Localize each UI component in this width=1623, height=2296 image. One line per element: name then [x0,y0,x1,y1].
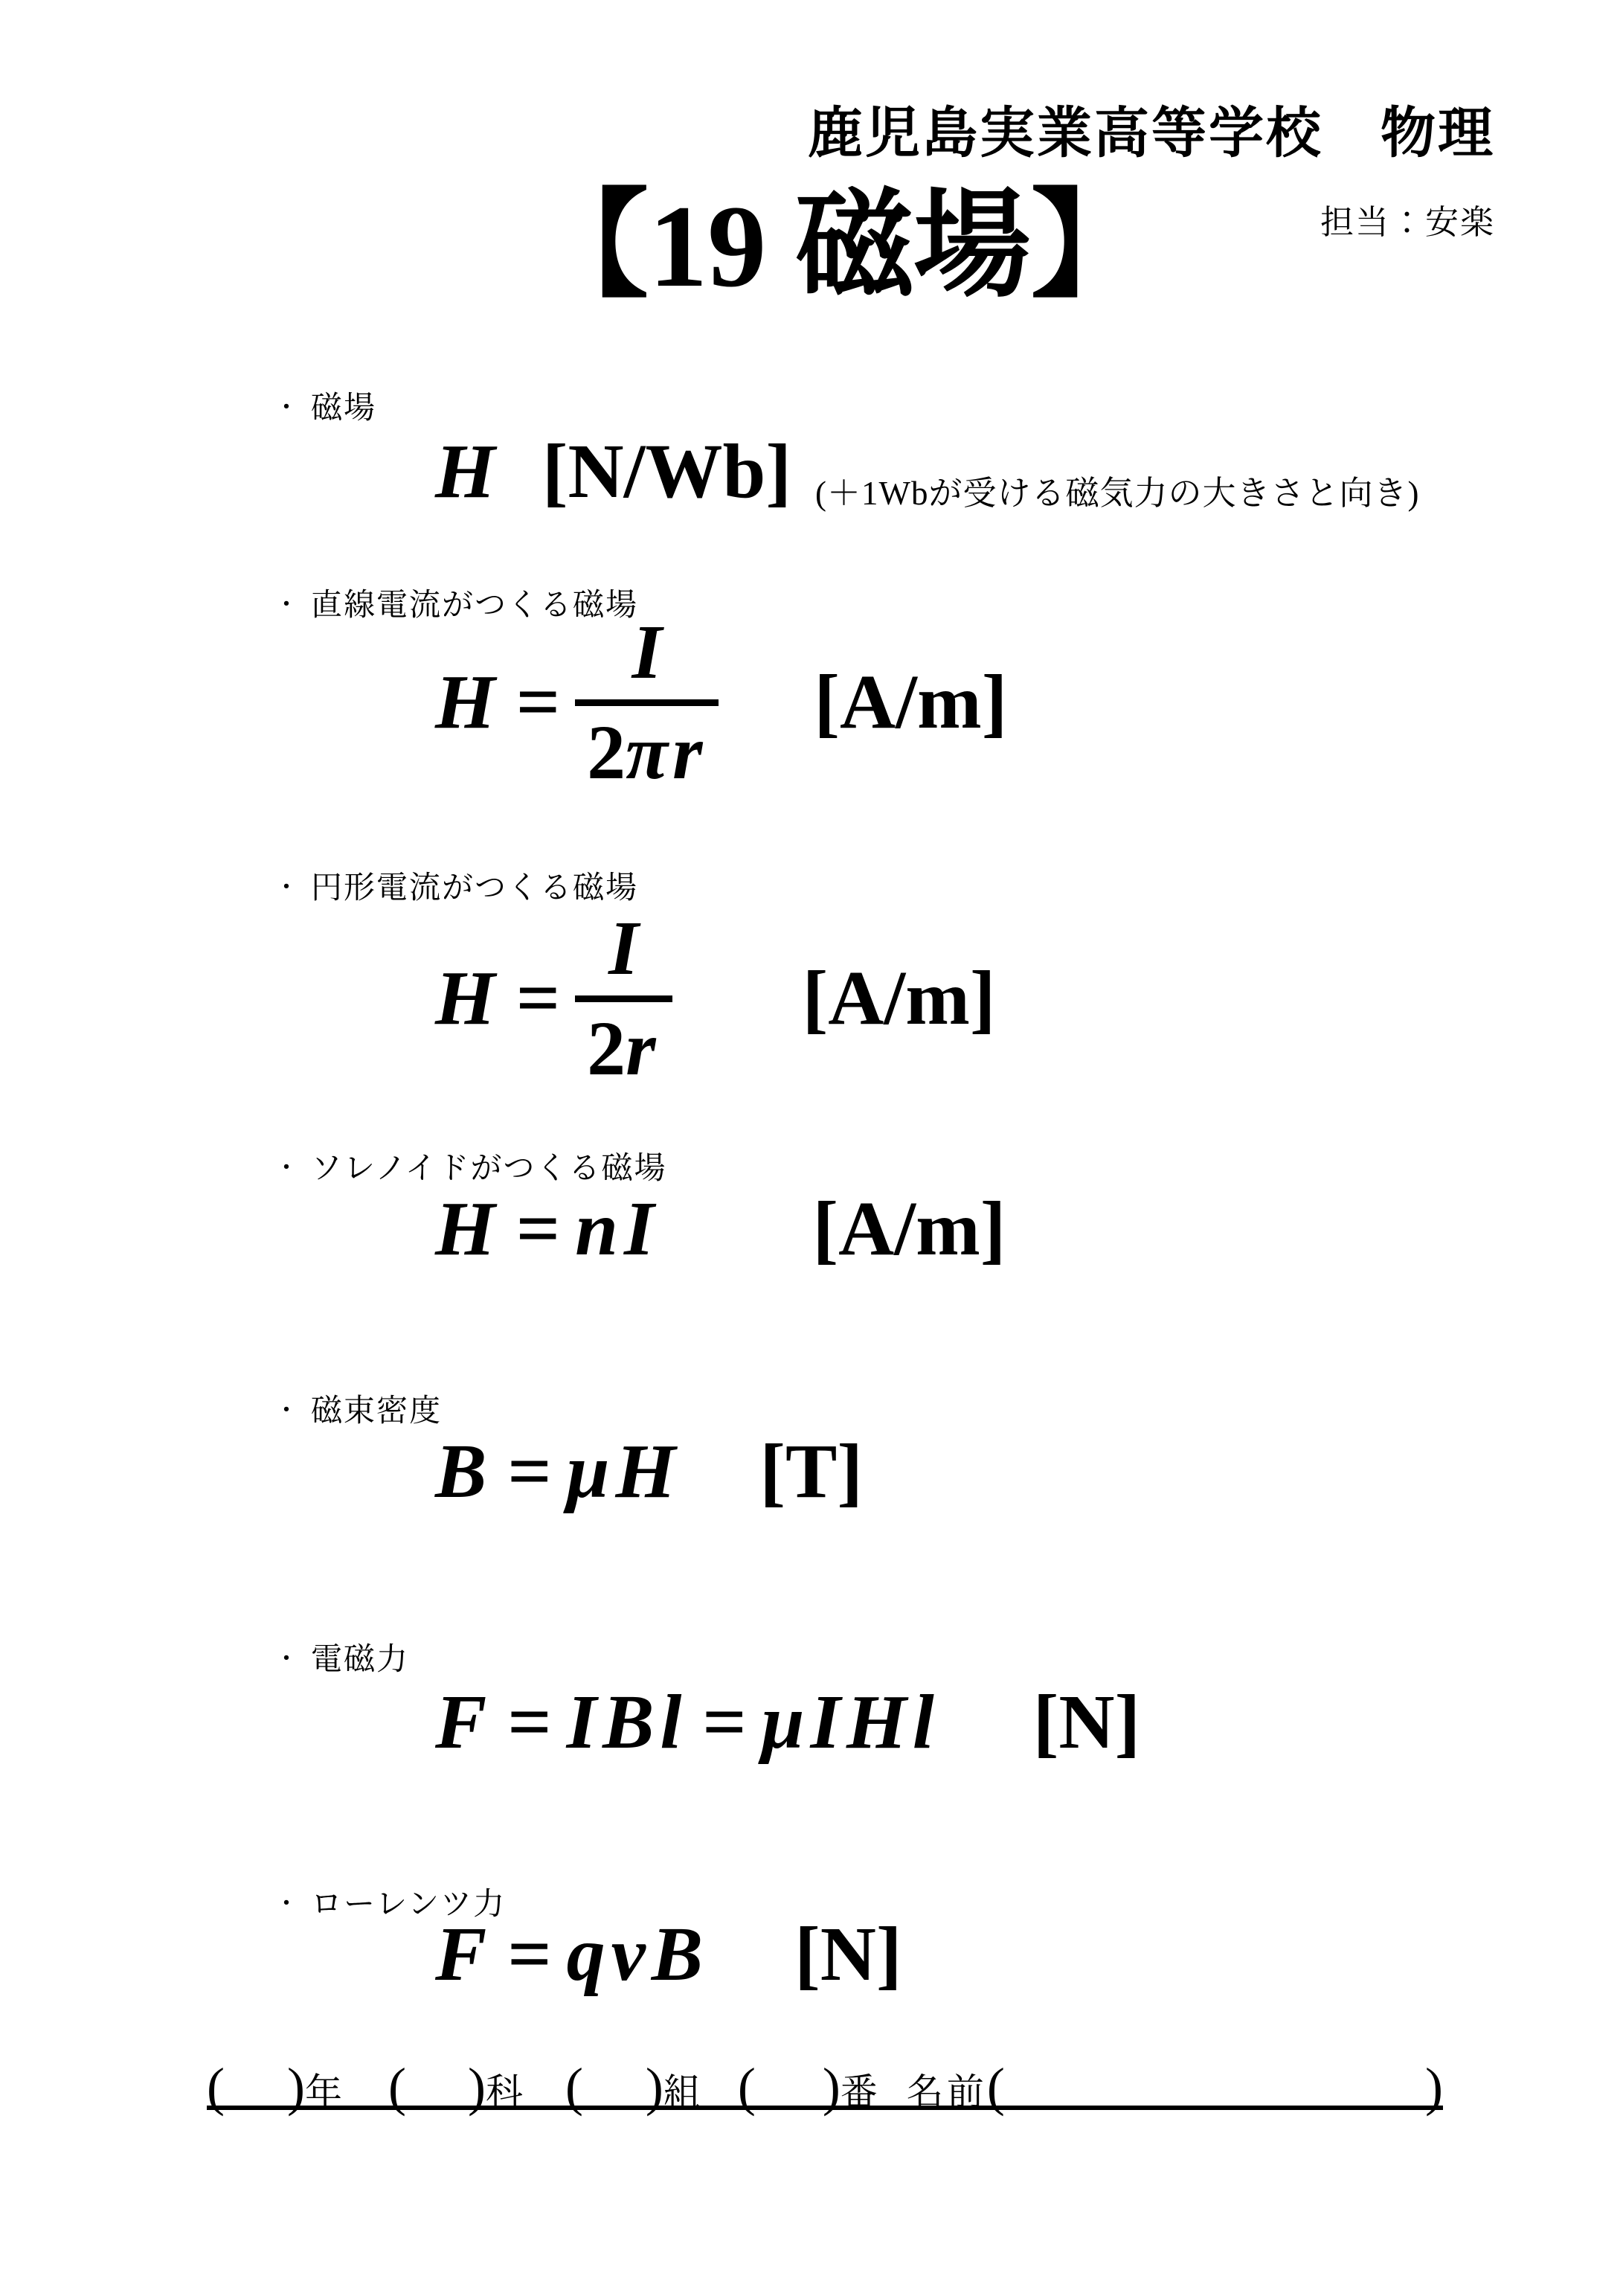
equals-sign: = [507,1674,551,1771]
fraction: I 2πr [575,618,719,787]
formula-lhs: H [435,950,501,1047]
formula-solenoid: H = nI [A/m] [435,1181,1006,1277]
fraction-numerator: I [632,618,662,687]
bullet-icon: ・ [274,1396,301,1428]
formula-rhs2: μIHl [762,1674,940,1771]
formula-lhs: B [435,1423,492,1520]
den-digit: 2 [587,1006,626,1091]
section-label-circular-current: ・ 円形電流がつくる磁場 [274,869,638,908]
formula-lhs: F [435,1906,492,2003]
equals-sign: = [516,1181,560,1277]
fraction-numerator: I [608,914,638,984]
fraction: I 2r [575,914,672,1083]
page-title: 【19 磁場】 [0,173,1623,321]
section-label-flux-density: ・ 磁束密度 [274,1392,442,1431]
equals-sign: = [516,654,560,751]
formula-lhs: H [435,654,501,751]
den-vars: πr [626,710,707,795]
section-label-text: 磁場 [311,389,376,429]
formula-flux-density: B = μH [T] [435,1423,863,1520]
formula-magnetic-field: H [N/Wb] (＋1Wbが受ける磁気力の大きさと向き) [435,423,1419,520]
fraction-bar [575,995,672,1002]
unit-a-per-m: [A/m] [814,654,1007,751]
fraction-denominator: 2r [575,1014,672,1084]
bullet-icon: ・ [274,1889,301,1921]
formula-straight-current: H = I 2πr [A/m] [435,618,1007,787]
section-label-magnetic-field: ・ 磁場 [274,389,376,429]
bullet-icon: ・ [274,1644,301,1676]
bullet-icon: ・ [274,590,301,622]
formula-lorentz-force: F = qvB [N] [435,1906,902,2003]
bullet-icon: ・ [274,393,301,425]
unit-a-per-m: [A/m] [803,950,996,1047]
bullet-icon: ・ [274,1153,301,1185]
equals-sign: = [507,1423,551,1520]
page-title-text: 【19 磁場】 [531,182,1148,312]
formula-lhs: F [435,1674,492,1771]
formula-rhs: nI [575,1181,660,1277]
section-label-text: 磁束密度 [311,1392,442,1431]
equals-sign: = [507,1906,551,2003]
unit-newton: [N] [1033,1674,1140,1771]
unit-newton: [N] [794,1906,902,2003]
unit-n-per-wb: [N/Wb] [542,423,791,520]
formula-lhs: H [435,1181,501,1277]
school-header: 鹿児島実業高等学校 物理 [808,89,1495,168]
name-line-underline [207,2106,1443,2110]
section-label-electromagnetic-force: ・ 電磁力 [274,1641,409,1680]
equals-sign: = [516,950,560,1047]
formula-circular-current: H = I 2r [A/m] [435,914,996,1083]
formula-rhs: μH [567,1423,682,1520]
unit-a-per-m: [A/m] [812,1181,1006,1277]
formula-note: (＋1Wbが受ける磁気力の大きさと向き) [815,472,1419,514]
den-digit: 2 [587,710,626,795]
fraction-denominator: 2πr [575,718,719,788]
fraction-bar [575,699,719,706]
worksheet-page: 鹿児島実業高等学校 物理 担当：安楽 【19 磁場】 ・ 磁場 H [N/Wb]… [0,0,1623,2296]
formula-rhs: qvB [567,1906,710,2003]
unit-tesla: [T] [759,1423,863,1520]
section-label-text: 電磁力 [311,1641,409,1680]
formula-lhs: H [435,423,501,520]
bullet-icon: ・ [274,873,301,905]
equals-sign: = [702,1674,746,1771]
formula-rhs1: IBl [567,1674,688,1771]
den-vars: r [626,1006,660,1091]
section-label-text: 円形電流がつくる磁場 [311,869,638,908]
formula-electromagnetic-force: F = IBl = μIHl [N] [435,1674,1140,1771]
